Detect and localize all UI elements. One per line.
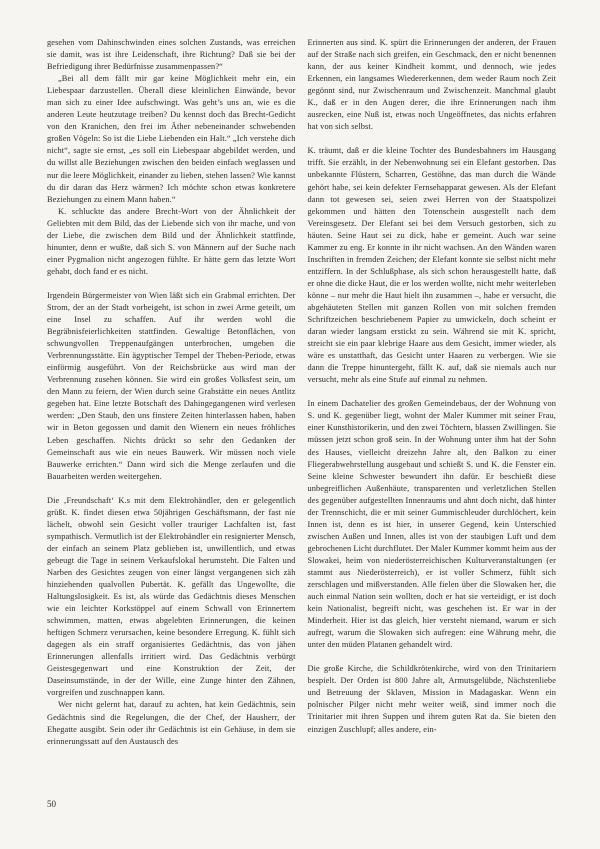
left-column: gesehen vom Dahinschwinden eines solchen…	[47, 37, 296, 748]
right-column: Erinnerten aus sind. K. spürt die Erinne…	[308, 37, 557, 748]
paragraph-elefant-traum: K. träumt, daß er die kleine Tochter des…	[308, 145, 557, 386]
book-page: gesehen vom Dahinschwinden eines solchen…	[0, 0, 600, 849]
paragraph-gedaechtnis: Wer nicht gelernt hat, darauf zu achten,…	[47, 699, 296, 747]
paragraph-grabmal: Irgendein Bürgermeister von Wien läßt si…	[47, 290, 296, 483]
paragraph-trinitarier: Die große Kirche, die Schildkrötenkirche…	[308, 663, 557, 735]
page-number: 50	[47, 798, 56, 810]
paragraph-elektrohaendler: Die ‚Freundschaft‘ K.s mit dem Elektrohä…	[47, 495, 296, 700]
text-columns: gesehen vom Dahinschwinden eines solchen…	[47, 37, 556, 748]
paragraph-brecht-wort: K. schluckte das andere Brecht-Wort von …	[47, 206, 296, 278]
paragraph-dialogue: „Bei all dem fällt mir gar keine Möglich…	[47, 73, 296, 206]
paragraph-continuation: gesehen vom Dahinschwinden eines solchen…	[47, 37, 296, 73]
paragraph-maler-kummer: In einem Dachatelier des großen Gemeinde…	[308, 398, 557, 651]
paragraph-erinnerungen: Erinnerten aus sind. K. spürt die Erinne…	[308, 37, 557, 133]
